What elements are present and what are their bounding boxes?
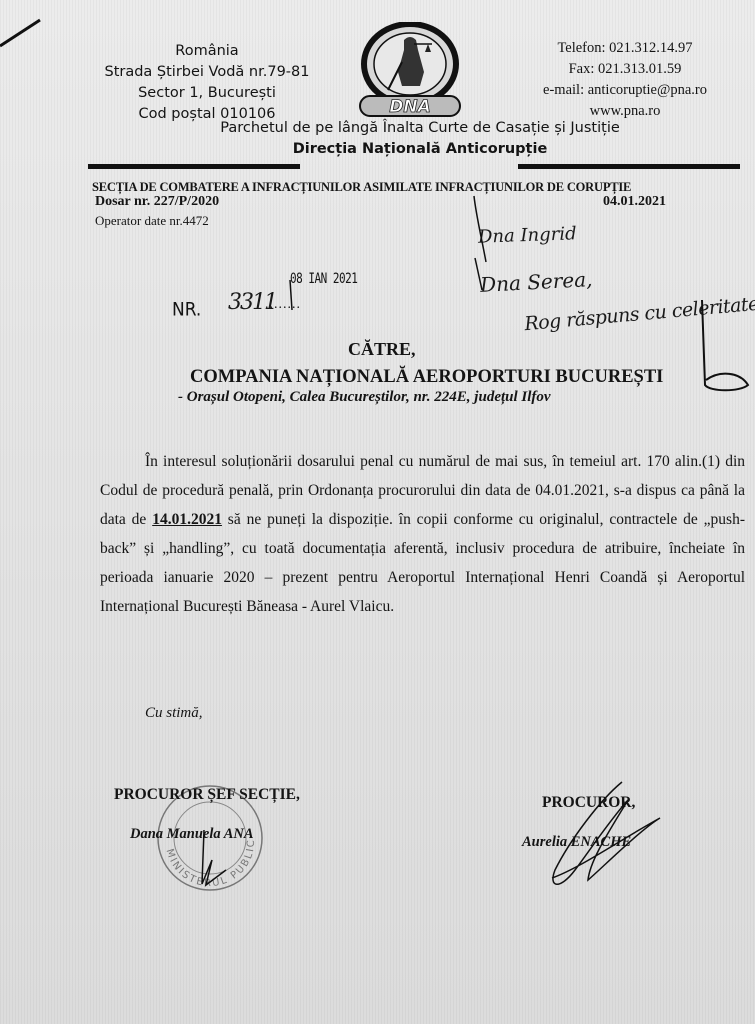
handwritten-note-line2: Dna Serea, [479, 267, 593, 297]
institution-name: Parchetul de pe lângă Înalta Curte de Ca… [190, 118, 650, 139]
header-rule-right [518, 164, 740, 169]
recipient-label: CĂTRE, [348, 339, 416, 360]
letter-body: În interesul soluționării dosarului pena… [100, 447, 745, 621]
left-signatory-name: Dana Manuela ANA [130, 826, 254, 843]
handwritten-note-line3: Rog răspuns cu celeritate [523, 293, 755, 335]
recipient-company: COMPANIA NAȚIONALĂ AEROPORTURI BUCUREȘTI [190, 367, 663, 388]
registration-label: NR. [172, 299, 201, 321]
right-signatory-title: PROCUROR, [542, 794, 635, 812]
section-name: SECȚIA DE COMBATERE A INFRACȚIUNILOR ASI… [92, 180, 631, 195]
handwritten-note-line1: Dna Ingrid [478, 223, 577, 247]
operator-number: Operator date nr.4472 [95, 213, 209, 229]
street: Strada Știrbei Vodă nr.79-81 [92, 62, 322, 83]
registration-dots: ........ [265, 297, 301, 313]
letterhead-address: România Strada Știrbei Vodă nr.79-81 Sec… [92, 41, 322, 125]
svg-text:MINISTERUL PUBLIC: MINISTERUL PUBLIC [164, 838, 258, 889]
email: e-mail: anticoruptie@pna.ro [505, 80, 745, 101]
fax: Fax: 021.313.01.59 [505, 59, 745, 80]
deadline-date: 14.01.2021 [152, 511, 222, 528]
dna-emblem-icon: DNA [352, 22, 468, 122]
greeting: Cu stimă, [145, 705, 203, 722]
recipient-address: - Orașul Otopeni, Calea Bucureștilor, nr… [178, 389, 551, 406]
letterhead-contacts: Telefon: 021.312.14.97 Fax: 021.313.01.5… [505, 38, 745, 122]
right-signatory-name: Aurelia ENACHE [522, 834, 631, 851]
country: România [92, 41, 322, 62]
phone: Telefon: 021.312.14.97 [505, 38, 745, 59]
document-date: 04.01.2021 [603, 194, 666, 210]
header-rule-left [88, 164, 300, 169]
institution-block: Parchetul de pe lângă Înalta Curte de Ca… [190, 118, 650, 160]
sector: Sector 1, București [92, 83, 322, 104]
body-paragraph: În interesul soluționării dosarului pena… [100, 447, 745, 621]
file-number: Dosar nr. 227/P/2020 [95, 194, 219, 210]
directorate-name: Direcția Națională Anticorupție [190, 139, 650, 160]
registration-stamp-date: 08 IAN 2021 [290, 270, 357, 287]
margin-stroke [0, 20, 40, 46]
left-signatory-title: PROCUROR ȘEF SECȚIE, [114, 786, 300, 804]
svg-text:DNA: DNA [389, 97, 431, 117]
